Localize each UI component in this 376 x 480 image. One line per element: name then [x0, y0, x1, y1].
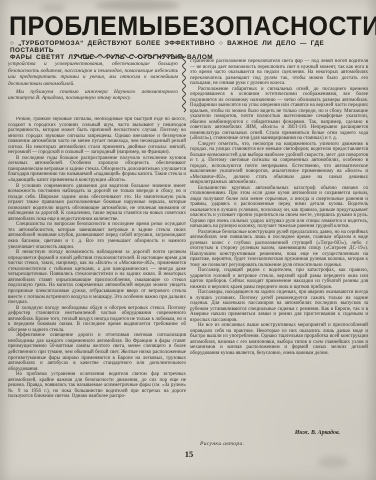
title-word: ПРОБЛЕМЫ	[9, 11, 164, 42]
body-paragraph: Специалисты по вопросам безопасности в п…	[8, 222, 186, 250]
scan-smudge	[318, 456, 348, 468]
body-paragraph: страненное расположение переключателя св…	[190, 59, 368, 87]
body-paragraph: Не все из описанных выше конструктивных …	[190, 323, 368, 356]
title-word: БЕЗОПАСНОСТИ	[164, 11, 376, 42]
body-paragraph: В холодную погоду необходимы обдув и обо…	[8, 306, 186, 334]
body-paragraph: Резкие, громкие звуковые сигналы, необхо…	[8, 117, 186, 156]
wavy-divider-vertical	[181, 56, 187, 114]
body-paragraph: Различные безопасные конструкции рулей п…	[190, 230, 368, 269]
magazine-page: ПРОБЛЕМЫ БЕЗОПАСНОСТИ ○ „ТУРБОТОРМОЗА“ Д…	[0, 0, 376, 480]
body-paragraph: Но проблема устранения ослепления водите…	[8, 372, 186, 400]
body-paragraph: В условиях современного движения для вод…	[8, 184, 186, 223]
page-number: 15	[176, 449, 202, 459]
body-paragraph: Эффективное освещение дороги и отчетлива…	[8, 333, 186, 372]
body-paragraph: Следует отметить, что, несмотря на напря…	[190, 142, 368, 186]
body-paragraph: Пассажиры, находящиеся на задних сиденья…	[190, 290, 368, 323]
body-paragraph: Большинство крупных автомобильных катаст…	[190, 186, 368, 230]
intro-paragraph: устройства и усовершенствования, обеспеч…	[8, 61, 178, 87]
left-column: Резкие, громкие звуковые сигналы, необхо…	[8, 117, 186, 449]
intro-box: устройства и усовершенствования, обеспеч…	[8, 61, 178, 114]
author-signature: Инж. В. Аркадов.	[190, 430, 340, 436]
body-paragraph: В последние годы большое распространение…	[8, 156, 186, 184]
body-paragraph: Расположение габаритных и сигнальных огн…	[190, 87, 368, 142]
scan-smudge	[95, 0, 180, 11]
subtitle-line: ○ „ТУРБОТОРМОЗА“ ДЕЙСТВУЮТ БОЛЕЕ ЭФФЕКТИ…	[10, 40, 370, 54]
body-paragraph: В ненастную погоду возможность наблюдени…	[8, 250, 186, 305]
body-paragraph: Пассажир, сидящий рядом с водителем, при…	[190, 268, 368, 290]
article-title: ПРОБЛЕМЫ БЕЗОПАСНОСТИ	[9, 11, 367, 42]
intro-paragraph: Мы публикуем статью инженера Научного ав…	[8, 89, 178, 102]
wavy-divider-horizontal	[74, 53, 188, 59]
right-column: страненное расположение переключателя св…	[190, 59, 368, 431]
illustration-credit: Рисунки автора.	[200, 441, 244, 447]
